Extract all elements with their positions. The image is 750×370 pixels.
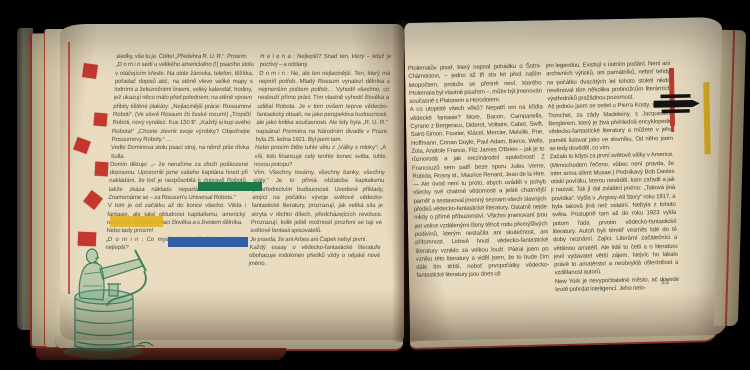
paragraph: Je pravda, že ani Arbes ani Čapek nebyl … bbox=[250, 236, 381, 244]
blue-highlight-bar bbox=[168, 237, 248, 247]
paragraph: Vedle Dominova stolu psací stroj, na něm… bbox=[110, 144, 249, 161]
paragraph: sledky, vše tu je. Čtěte! „Předehra R. U… bbox=[116, 53, 254, 61]
paragraph: Nebo prosím čtěte tuhle větu z „Války s … bbox=[254, 144, 386, 169]
text-column-3: Ptolemaiův pisař, který napsal pohádku o… bbox=[408, 62, 551, 312]
page-number: 33 bbox=[661, 279, 669, 286]
text-column-2: H e l e n a : Nejlepší? Snad ten, který … bbox=[246, 53, 391, 311]
sprayer-man-illustration bbox=[51, 194, 171, 364]
paragraph: Začalo to kdysi za první světové války v… bbox=[550, 151, 679, 278]
red-square bbox=[95, 162, 109, 177]
book-photo: sledky, vše tu je. Čtěte! „Předehra R. U… bbox=[0, 0, 750, 370]
paragraph: D o m i n : Ne, ale ten nejlacinější. Te… bbox=[255, 70, 390, 145]
red-square bbox=[82, 63, 98, 79]
green-highlight-bar bbox=[198, 182, 262, 191]
black-arrow-icon bbox=[652, 92, 702, 115]
paragraph: H e l e n a : Nejlepší? Snad ten, který … bbox=[259, 53, 391, 70]
paragraph: Každý essay o vědecko-fantastické litera… bbox=[248, 244, 380, 269]
red-square bbox=[93, 112, 107, 126]
paragraph: Ptolemaiův pisař, který napsal pohádku o… bbox=[408, 62, 543, 106]
paragraph: Vím. Všechny továrny, všechny banky, vše… bbox=[250, 169, 385, 235]
left-page: sledky, vše tu je. Čtěte! „Předehra R. U… bbox=[60, 24, 404, 340]
right-page: Ptolemaiův pisař, který napsal pohádku o… bbox=[404, 17, 728, 341]
red-rule-line bbox=[725, 30, 735, 326]
paragraph: „D o m i n sedí u velikého amerického (!… bbox=[111, 61, 254, 144]
paragraph: A co utopisté všech věků? Nepatří oni na… bbox=[410, 104, 550, 281]
